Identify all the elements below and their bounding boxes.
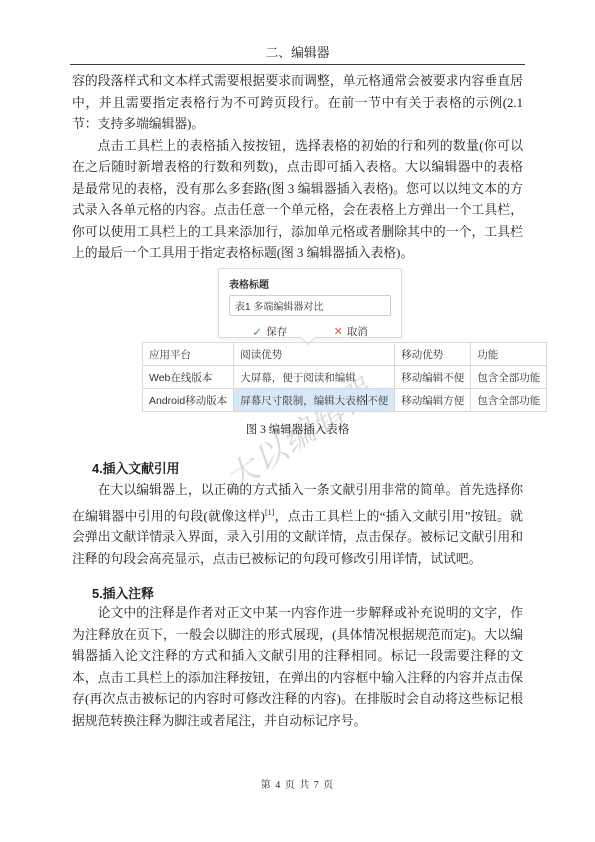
table-title-popup: 表格标题 ✓ 保存 ✕ 取消	[218, 268, 402, 338]
paragraph: 点击工具栏上的表格插入按按钮，选择表格的初始的行和列的数量(你可以在之后随时新增…	[72, 136, 523, 265]
document-page: 大以编辑器 二、编辑器 容的段落样式和文本样式需要根据要求而调整，单元格通常会被…	[0, 0, 595, 842]
page-number: 第 4 页 共 7 页	[0, 776, 595, 791]
page-header-title: 二、编辑器	[70, 42, 525, 65]
body-text: 容的段落样式和文本样式需要根据要求而调整，单元格通常会被要求内容垂直居中，并且需…	[72, 71, 523, 265]
table-title-input[interactable]	[229, 295, 391, 316]
close-icon: ✕	[334, 325, 343, 338]
table-cell: Android移动版本	[143, 389, 234, 412]
section-heading-4: 4.插入文献引用	[72, 458, 523, 480]
cancel-button[interactable]: ✕ 取消	[334, 324, 368, 339]
table-header-row: 应用平台 阅读优势 移动优势 功能	[143, 343, 547, 366]
save-button[interactable]: ✓ 保存	[252, 324, 287, 339]
save-button-label: 保存	[266, 324, 287, 339]
table-cell: 包含全部功能	[471, 366, 547, 389]
table-cell: 包含全部功能	[471, 389, 547, 412]
table-cell: 移动编辑方便	[395, 389, 471, 412]
table-header-cell: 功能	[471, 343, 547, 366]
table-cell-editing[interactable]: 屏幕尺寸限制，编辑大表格不便	[234, 389, 395, 412]
paragraph: 容的段落样式和文本样式需要根据要求而调整，单元格通常会被要求内容垂直居中，并且需…	[72, 71, 523, 136]
section-paragraph-4: 在大以编辑器上，以正确的方式插入一条文献引用非常的简单。首先选择你在编辑器中引用…	[72, 480, 523, 570]
figure-editor-screenshot: 表格标题 ✓ 保存 ✕ 取消 应用平台 阅读优势 移动优势 功能	[72, 268, 523, 414]
table-header-cell: 移动优势	[395, 343, 471, 366]
section-heading-5: 5.插入注释	[72, 583, 523, 605]
table-cell: Web在线版本	[143, 366, 234, 389]
table-row: Web在线版本 大屏幕，便于阅读和编辑 移动编辑不便 包含全部功能	[143, 366, 547, 389]
figure-caption: 图 3 编辑器插入表格	[72, 423, 523, 437]
table-header-cell: 阅读优势	[234, 343, 395, 366]
editing-cell-text: 屏幕尺寸限制，编辑大表格	[240, 395, 366, 407]
table-cell: 移动编辑不便	[395, 366, 471, 389]
cancel-button-label: 取消	[347, 324, 368, 339]
section-paragraph-5: 论文中的注释是作者对正文中某一内容作进一步解释或补充说明的文字，作为注释放在页下…	[72, 603, 523, 732]
table-row: Android移动版本 屏幕尺寸限制，编辑大表格不便 移动编辑方便 包含全部功能	[143, 389, 547, 412]
citation-marker: [1]	[265, 508, 274, 517]
editing-cell-text: 不便	[367, 395, 388, 407]
table-title-label: 表格标题	[229, 276, 391, 291]
table-header-cell: 应用平台	[143, 343, 234, 366]
comparison-table: 应用平台 阅读优势 移动优势 功能 Web在线版本 大屏幕，便于阅读和编辑 移动…	[142, 342, 547, 412]
table-cell: 大屏幕，便于阅读和编辑	[234, 366, 395, 389]
check-icon: ✓	[252, 325, 262, 339]
